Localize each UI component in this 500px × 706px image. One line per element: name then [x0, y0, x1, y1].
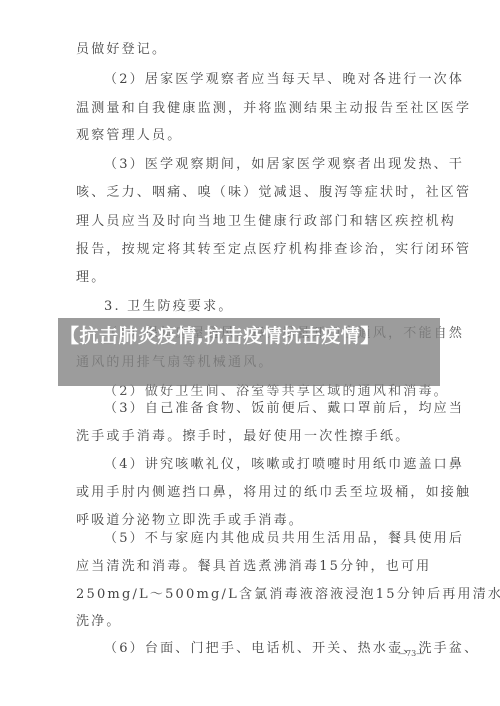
document-page: 员做好登记。 （2）居家医学观察者应当每天早、晚对各进行一次体 温测量和自我健康… [0, 0, 500, 706]
text-line-5: （3）医学观察期间，如居家医学观察者出现发热、干 [104, 153, 424, 172]
text-line-7: 理人员应当及时向当地卫生健康行政部门和辖区疾控机构 [76, 210, 424, 229]
text-line-3: 温测量和自我健康监测，并将监测结果主动报告至社区医学 [76, 97, 424, 116]
text-line-19: （5）不与家庭内其他成员共用生活用品，餐具使用后 [104, 527, 424, 546]
text-line-16: （4）讲究咳嗽礼仪，咳嗽或打喷嚏时用纸巾遮盖口鼻 [104, 453, 424, 472]
text-line-23: （6）台面、门把手、电话机、开关、热水壶、洗手盆、 [104, 637, 424, 656]
text-line-15: 洗手或手消毒。擦手时，最好使用一次性擦手纸。 [76, 425, 424, 444]
text-line-6: 咳、乏力、咽痛、嗅（味）觉减退、腹泻等症状时，社区管 [76, 181, 424, 200]
text-line-22: 洗净。 [76, 610, 424, 629]
text-line-14: （3）自己准备食物、饭前便后、戴口罩前后，均应当 [104, 397, 424, 416]
text-line-17: 或用手肘内侧遮挡口鼻，将用过的纸巾丢至垃圾桶，如接触 [76, 481, 424, 500]
text-line-2: （2）居家医学观察者应当每天早、晚对各进行一次体 [104, 68, 424, 87]
text-line-4: 观察管理人员。 [76, 124, 424, 143]
banner-title: 【抗击肺炎疫情,抗击疫情抗击疫情】 [58, 324, 442, 348]
text-line-10: 3. 卫生防疫要求。 [104, 295, 424, 314]
text-line-20: 应当清洗和消毒。餐具首选煮沸消毒15分钟，也可用 [76, 555, 424, 574]
text-line-9: 理。 [76, 266, 424, 285]
text-line-21: 250mg/L～500mg/L含氯消毒液溶液浸泡15分钟后再用清水 [76, 583, 424, 602]
text-line-1: 员做好登记。 [76, 38, 424, 57]
title-banner: 【抗击肺炎疫情,抗击疫情抗击疫情】 [58, 318, 440, 386]
text-line-18: 呼吸道分泌物立即洗手或手消毒。 [76, 509, 424, 528]
page-number: —73— [398, 649, 424, 658]
text-line-8: 报告，按规定将其转至定点医疗机构排查诊治，实行闭环管 [76, 238, 424, 257]
